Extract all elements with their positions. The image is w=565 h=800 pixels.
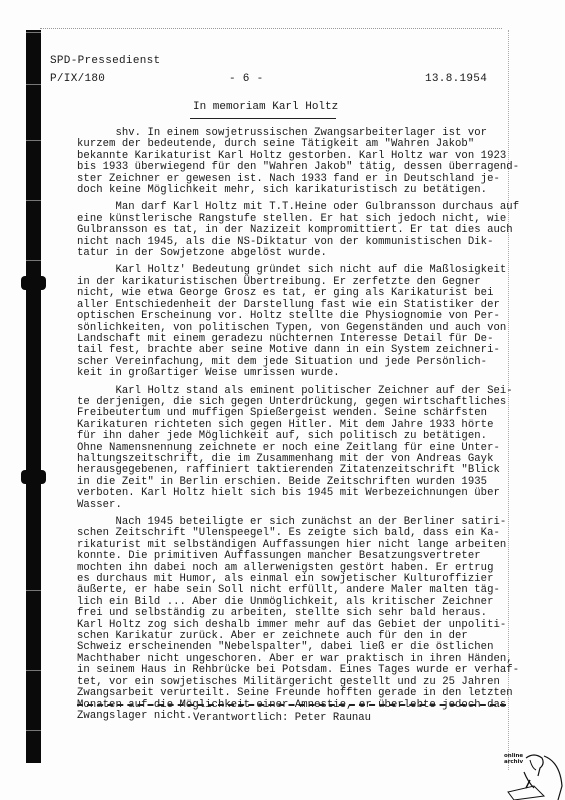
article-title: In memoriam Karl Holtz (193, 101, 338, 113)
binding-notch (26, 200, 41, 201)
writing-man-icon (500, 748, 565, 800)
reference-number: P/IX/180 (50, 73, 105, 85)
article-paragraph: Karl Holtz' Bedeutung gründet sich nicht… (77, 265, 537, 379)
text-line: nicht, wie etwa George Grosz es tat, er … (77, 288, 537, 299)
text-line: doch keine Möglichkeit mehr, sich karika… (77, 185, 537, 196)
document-date: 13.8.1954 (425, 73, 487, 85)
text-line: Gulbransson es tat, in der Nazizeit komp… (77, 225, 537, 236)
article-paragraph: Man darf Karl Holtz mit T.T.Heine oder G… (77, 202, 537, 259)
text-line: Zwangsarbeit verurteilt. Seine Freunde h… (77, 688, 537, 699)
publication-name: SPD-Pressedienst (50, 55, 160, 67)
article-paragraph: Nach 1945 beteiligte er sich zunächst an… (77, 517, 537, 722)
binding-strip (26, 30, 41, 763)
text-line: tail fest, brachte aber seine Motive dan… (77, 345, 537, 356)
scan-noise-top (40, 28, 502, 31)
text-line: keit in großartiger Weise umrissen wurde… (77, 368, 537, 379)
binding-notch (26, 84, 41, 85)
binding-clip (21, 276, 46, 290)
binding-notch (26, 32, 41, 33)
article-paragraph: Karl Holtz stand als eminent politischer… (77, 386, 537, 511)
online-archiv-logo: online archiv (500, 748, 565, 800)
separator-dashed-line (77, 704, 506, 706)
text-line: in seinem Haus in Rehbrücke bei Potsdam.… (77, 665, 537, 676)
text-line: frei und selbständig zu arbeiten, stellt… (77, 608, 537, 619)
responsible-editor: Verantwortlich: Peter Raunau (193, 712, 371, 724)
binding-notch (26, 260, 41, 261)
article-paragraph: shv. In einem sowjetrussischen Zwangsarb… (77, 128, 537, 196)
text-line: konnte. Die primitiven Auffassungen manc… (77, 551, 537, 562)
binding-notch (26, 730, 41, 731)
text-line: optischen Erscheinung vor. Holtz stellte… (77, 311, 537, 322)
text-line: tatur in der Sowjetzone abgelöst wurde. (77, 248, 537, 259)
binding-notch (26, 670, 41, 671)
title-underline (190, 118, 336, 119)
text-line: verboten. Karl Holtz hielt sich bis 1945… (77, 488, 537, 499)
text-line: Wasser. (77, 500, 537, 511)
text-line: für ihn daher jede Möglichkeit auf, sich… (77, 431, 537, 442)
text-line: bis 1933 überwiegend für den "Wahren Jak… (77, 162, 537, 173)
article-body: shv. In einem sowjetrussischen Zwangsarb… (77, 128, 537, 728)
page-number: - 6 - (229, 73, 264, 85)
binding-clip (21, 470, 46, 484)
binding-notch (26, 590, 41, 591)
binding-notch (26, 140, 41, 141)
